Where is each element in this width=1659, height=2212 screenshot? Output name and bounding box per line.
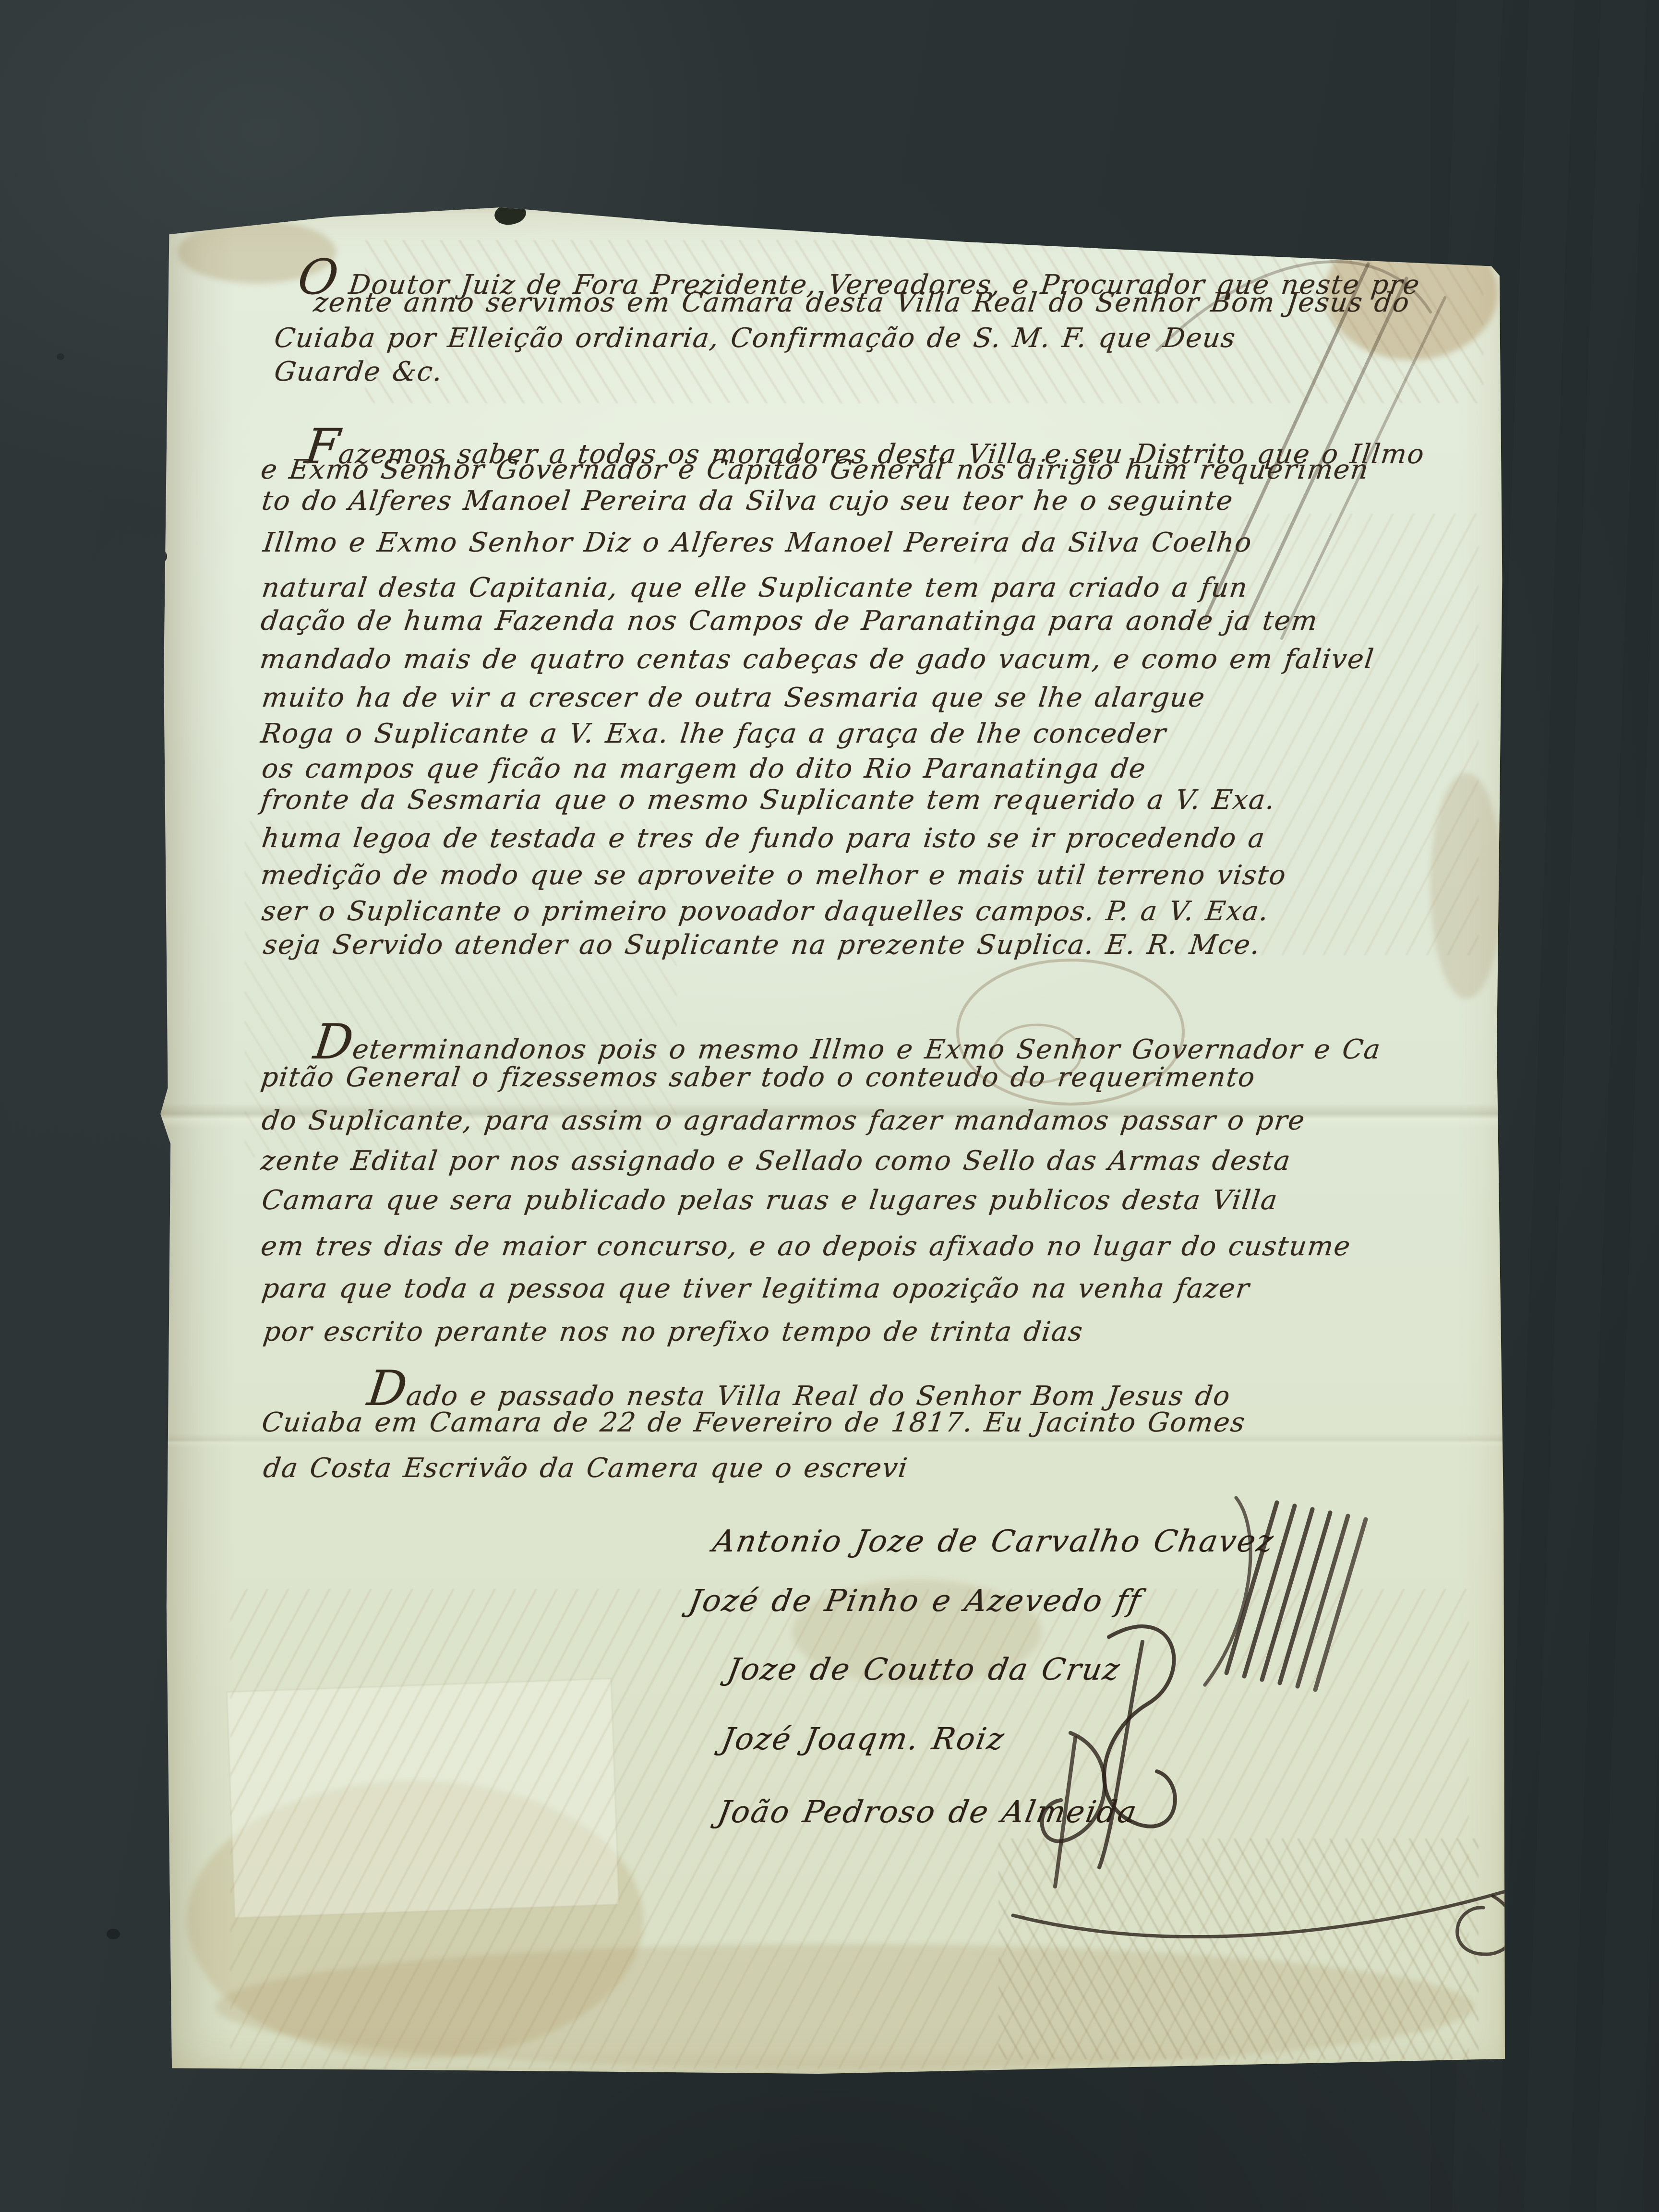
manuscript-line: medição de modo que se aproveite o melho… [259, 862, 1288, 890]
manuscript-line: zente Edital por nos assignado e Sellado… [259, 1147, 1293, 1176]
manuscript-line: muito ha de vir a crescer de outra Sesma… [260, 684, 1207, 712]
signature: Jozé Joaqm. Roiz [719, 1723, 1008, 1755]
manuscript-line: Cuiaba por Elleição ordinaria, Confirmaç… [273, 325, 1238, 353]
manuscript-line: dação de huma Fazenda nos Campos de Para… [259, 607, 1320, 636]
manuscript-line: huma legoa de testada e tres de fundo pa… [260, 825, 1267, 853]
manuscript-line: Camara que sera publicado pelas ruas e l… [260, 1187, 1280, 1215]
manuscript-line: do Suplicante, para assim o agradarmos f… [260, 1107, 1307, 1135]
manuscript-line: Guarde &c. [273, 358, 445, 386]
manuscript-line: pitão General o fizessemos saber todo o … [259, 1064, 1257, 1092]
signature: Joze de Coutto da Cruz [725, 1654, 1123, 1685]
cloth-spot [57, 353, 64, 360]
manuscript-line: to do Alferes Manoel Pereira da Silva cu… [260, 487, 1235, 516]
edge-hole [159, 551, 167, 562]
manuscript-line: da Costa Escrivão da Camera que o escrev… [262, 1455, 910, 1483]
paper-edge-shadow [158, 206, 235, 2074]
manuscript-line: fronte da Sesmaria que o mesmo Suplicant… [259, 786, 1277, 815]
manuscript-line: em tres dias de maior concurso, e ao dep… [259, 1233, 1353, 1261]
ink-blot [493, 202, 527, 227]
ink-showthrough [998, 1839, 1479, 2059]
manuscript-line: Cuiaba em Camara de 22 de Fevereiro de 1… [260, 1409, 1247, 1437]
manuscript-page: O Doutor Juiz de Fora Prezidente, Veread… [158, 206, 1505, 2074]
manuscript-line: Determinandonos pois o mesmo Illmo e Exm… [311, 1017, 1385, 1068]
manuscript-line: natural desta Capitania, que elle Suplic… [260, 574, 1250, 602]
manuscript-line: e Exmo Senhor Governador e Capitão Gener… [259, 456, 1370, 484]
manuscript-line: seja Servido atender ao Suplicante na pr… [262, 931, 1262, 960]
manuscript-line: ser o Suplicante o primeiro povoador daq… [260, 898, 1271, 926]
signature: João Pedroso de Almeida [715, 1796, 1140, 1828]
signature: Jozé de Pinho e Azevedo ff [686, 1585, 1144, 1617]
manuscript-line: zente anno servimos em Camara desta Vill… [312, 289, 1411, 317]
photograph-of-manuscript: O Doutor Juiz de Fora Prezidente, Veread… [0, 0, 1659, 2212]
manuscript-line: Illmo e Exmo Senhor Diz o Alferes Manoel… [262, 529, 1254, 557]
cloth-spot [107, 1929, 120, 1939]
manuscript-line: mandado mais de quatro centas cabeças de… [258, 646, 1376, 674]
manuscript-line: por escrito perante nos no prefixo tempo… [262, 1318, 1085, 1346]
manuscript-line: os campos que ficão na margem do dito Ri… [260, 755, 1148, 783]
manuscript-line: para que toda a pessoa que tiver legitim… [260, 1275, 1251, 1303]
manuscript-line: Roga o Suplicante a V. Exa. lhe faça a g… [259, 720, 1168, 748]
signature: Antonio Joze de Carvalho Chavez [710, 1526, 1277, 1557]
manuscript-line: Dado e passado nesta Villa Real do Senho… [365, 1363, 1235, 1414]
